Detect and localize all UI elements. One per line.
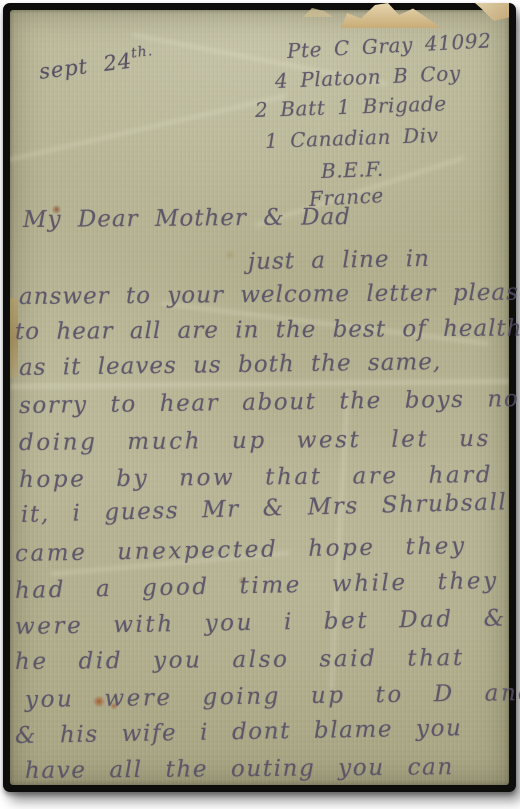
body-line: have all the outing you can [25,754,454,784]
body-line: he did you also said that [15,645,465,675]
body-line: just a line in [248,246,430,275]
body-line: to hear all are in the best of health [15,315,520,345]
body-line: doing much up west let us [19,426,491,456]
date-superscript: th. [130,43,154,62]
crease-mark [10,94,286,164]
letter-scan-photo: sept 24th. Pte C Gray 41092 4 Platoon B … [3,3,516,792]
body-line: answer to your welcome letter pleased [19,279,520,310]
salutation: My Dear Mother & Dad [23,204,351,233]
paper-stain [224,250,236,260]
address-line: B.E.F. [321,157,385,183]
body-line: hope by now that are hard at [19,461,520,493]
